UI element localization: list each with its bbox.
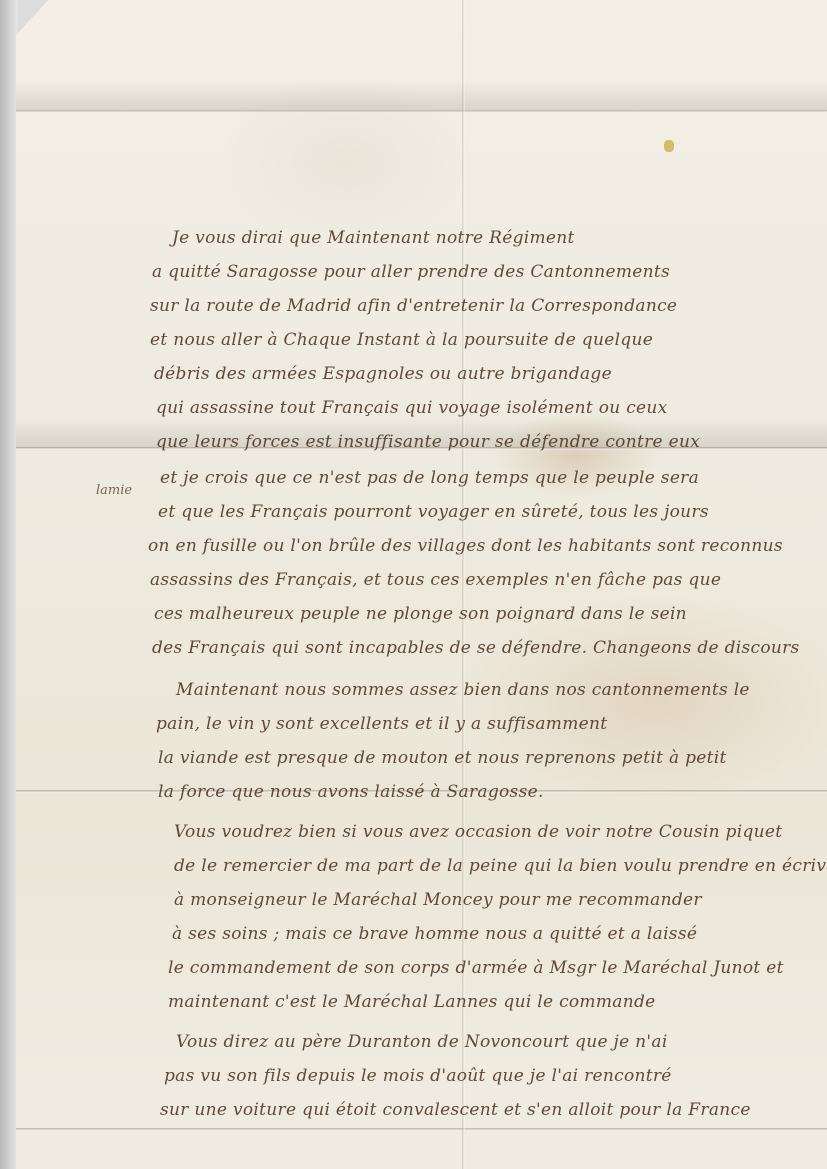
letter-line: maintenant c'est le Maréchal Lannes qui … xyxy=(168,992,656,1012)
letter-line: a quitté Saragosse pour aller prendre de… xyxy=(152,262,670,282)
letter-line: la viande est presque de mouton et nous … xyxy=(158,748,727,768)
letter-line: Vous direz au père Duranton de Novoncour… xyxy=(176,1032,668,1052)
letter-line: à monseigneur le Maréchal Moncey pour me… xyxy=(174,890,702,910)
margin-note: lamie xyxy=(96,483,132,498)
letter-line: et que les Français pourront voyager en … xyxy=(158,502,709,522)
letter-line: sur la route de Madrid afin d'entretenir… xyxy=(150,296,677,316)
letter-line: on en fusille ou l'on brûle des villages… xyxy=(148,536,783,556)
letter-line: le commandement de son corps d'armée à M… xyxy=(168,958,784,978)
letter-line: que leurs forces est insuffisante pour s… xyxy=(156,432,700,452)
letter-line: assassins des Français, et tous ces exem… xyxy=(150,570,721,590)
letter-line: pain, le vin y sont excellents et il y a… xyxy=(156,714,607,734)
letter-line: pas vu son fils depuis le mois d'août qu… xyxy=(164,1066,672,1086)
letter-line: de le remercier de ma part de la peine q… xyxy=(174,856,827,876)
letter-line: débris des armées Espagnoles ou autre br… xyxy=(154,364,612,384)
fold-line-bottom xyxy=(16,1128,827,1131)
letter-line: ces malheureux peuple ne plonge son poig… xyxy=(154,604,687,624)
letter-line: Maintenant nous sommes assez bien dans n… xyxy=(176,680,750,700)
letter-line: sur une voiture qui étoit convalescent e… xyxy=(160,1100,751,1120)
scan-edge xyxy=(0,0,18,1169)
letter-line: et je crois que ce n'est pas de long tem… xyxy=(160,468,699,488)
fold-shadow xyxy=(16,80,827,110)
paper-stain xyxy=(664,140,674,152)
letter-line: et nous aller à Chaque Instant à la pour… xyxy=(150,330,653,350)
letter-line: Je vous dirai que Maintenant notre Régim… xyxy=(172,228,575,248)
letter-line: Vous voudrez bien si vous avez occasion … xyxy=(174,822,782,842)
letter-line: à ses soins ; mais ce brave homme nous a… xyxy=(172,924,697,944)
letter-line: des Français qui sont incapables de se d… xyxy=(152,638,800,658)
letter-line: qui assassine tout Français qui voyage i… xyxy=(156,398,668,418)
fold-line-top xyxy=(16,110,827,113)
letter-line: la force que nous avons laissé à Saragos… xyxy=(158,782,544,802)
